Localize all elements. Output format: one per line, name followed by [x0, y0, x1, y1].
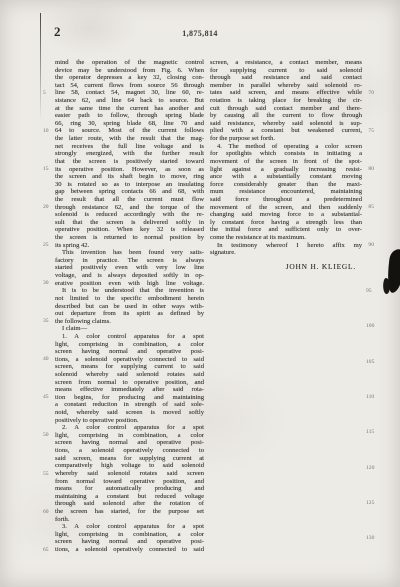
text-line: 1. A color control apparatus for a spot	[55, 333, 204, 341]
text-line: from normal toward operative position, a…	[55, 478, 204, 486]
text-line: a constant reduction in strength of said…	[55, 401, 204, 409]
text-line: solenoid whereby said solenoid rotates s…	[55, 371, 204, 379]
line-number: 15	[43, 166, 49, 172]
text-line: the operator depresses a key 32, closing…	[55, 74, 204, 82]
line-number: 90	[361, 242, 374, 248]
text-line: It is to be understood that the inventio…	[55, 287, 204, 295]
text-line: the latter route, with the result that t…	[55, 135, 204, 143]
text-line: said screen, means for supplying current…	[55, 455, 204, 463]
text-line: tates said screen, and means effective w…	[210, 89, 362, 97]
text-line: the following claims.35	[55, 318, 204, 326]
text-line: movement of the screen in front of the s…	[210, 158, 362, 166]
text-line: signature.	[210, 249, 362, 257]
line-number: 105	[366, 359, 374, 365]
right-column: screen, a resistance, a contact member, …	[210, 59, 362, 270]
text-line: for the purpose set forth.	[210, 135, 362, 143]
line-number: 110	[366, 394, 374, 400]
text-line: ance with a substantially constant movin…	[210, 173, 362, 181]
text-line: factory in practice. The screen is alway…	[55, 257, 204, 265]
ink-blot	[385, 248, 400, 294]
patent-number: 1,875,814	[0, 29, 400, 38]
text-line: plied with a constant but weakened curre…	[210, 127, 362, 135]
line-number: 85	[368, 204, 374, 210]
text-line: the initial force and sufficient only to…	[210, 226, 362, 234]
text-line: through said resistance and said contact	[210, 74, 362, 82]
line-number: 120	[366, 465, 374, 471]
line-number: 40	[43, 356, 49, 362]
text-line: not limited to the specific embodiment h…	[55, 295, 204, 303]
text-line: light against a gradually increasing res…	[210, 166, 362, 174]
text-line: operative position. When key 32 is relea…	[55, 226, 204, 234]
text-line: the screen and its shaft begin to move, …	[55, 173, 204, 181]
text-line: screen, a resistance, a contact member, …	[210, 59, 362, 67]
text-line: 30 is rotated so as to interpose an insu…	[55, 181, 204, 189]
line-number: 95	[366, 288, 372, 294]
line-number: 60	[43, 509, 49, 515]
text-line: for supplying current to said solenoid	[210, 67, 362, 75]
page-edge-line	[40, 13, 41, 121]
patent-page: 2 1,875,814 mind the operation of the ma…	[0, 0, 400, 587]
text-line: mind the operation of the magnetic contr…	[55, 59, 204, 67]
text-line: rotation is taking place for breaking th…	[210, 97, 362, 105]
text-line: through said solenoid after the rotation…	[55, 500, 204, 508]
text-line: that the screen is positively started to…	[55, 158, 204, 166]
text-line: screen having normal and operative posi-	[55, 439, 204, 447]
line-number: 20	[43, 204, 49, 210]
line-number: 45	[43, 394, 49, 400]
line-number: 70	[368, 90, 374, 96]
text-line: the result that all the current must flo…	[55, 196, 204, 204]
text-line: strongly energized, with the further res…	[55, 150, 204, 158]
text-line: by causing all the current to flow throu…	[210, 112, 362, 120]
text-line: mum resistance encountered, maintaining	[210, 188, 362, 196]
line-number: 75	[368, 128, 374, 134]
text-line: screen having normal and operative posi-	[55, 538, 204, 546]
line-number: 30	[43, 280, 49, 286]
text-line: erative position even with high line vol…	[55, 280, 204, 288]
text-line: means effective immediately after said r…	[55, 386, 204, 394]
line-number: 130	[366, 535, 374, 541]
text-line: device may be understood from Fig. 6. Wh…	[55, 67, 204, 75]
signature-name: JOHN H. KLIEGL.	[210, 263, 362, 271]
text-line: comparatively high voltage to said solen…	[55, 462, 204, 470]
text-line: easier path to follow, through spring bl…	[55, 112, 204, 120]
text-line: force considerably greater than the maxi…	[210, 181, 362, 189]
text-line: line 58, contact 54, magnet 30, line 60,…	[55, 89, 204, 97]
text-line: This invention has been found very satis…	[55, 249, 204, 257]
text-line: sistance 62, and line 64 back to source.…	[55, 97, 204, 105]
text-line: light, comprising in combination, a colo…	[55, 432, 204, 440]
line-number: 25	[43, 242, 49, 248]
line-number: 125	[366, 500, 374, 506]
text-line: for spotlights which consists in initiat…	[210, 150, 362, 158]
text-line: tact 54, current flows from source 56 th…	[55, 82, 204, 90]
line-number: 80	[368, 166, 374, 172]
line-number: 115	[366, 429, 374, 435]
text-line: voltage, and is always deposited softly …	[55, 272, 204, 280]
text-line: started positively even with very low li…	[55, 264, 204, 272]
text-line: tions, a solenoid operatively connected …	[55, 447, 204, 455]
text-line: light, comprising in combination, a colo…	[55, 341, 204, 349]
text-line: 3. A color control apparatus for a spot	[55, 523, 204, 531]
line-number: 35	[43, 318, 49, 324]
line-number: 55	[43, 471, 49, 477]
text-line: tions, a solenoid operatively connected …	[55, 546, 204, 554]
text-line: gap between spring contacts 66 and 68, w…	[55, 188, 204, 196]
text-line: light, comprising in combination, a colo…	[55, 531, 204, 539]
text-line: means for automatically producing and	[55, 485, 204, 493]
text-line: said resistance, whereby said solenoid i…	[210, 120, 362, 128]
text-line: screen having normal and operative posi-	[55, 348, 204, 356]
left-column: mind the operation of the magnetic contr…	[55, 59, 204, 554]
text-line: I claim—	[55, 325, 204, 333]
text-line: In testimony whereof I hereto affix my90	[210, 242, 362, 250]
text-line: changing said moving force to a substant…	[210, 211, 362, 219]
text-line: the screen is returned to normal positio…	[55, 234, 204, 242]
text-line: its operative position. However, as soon…	[55, 166, 204, 174]
text-line: out departure from its spirit as defined…	[55, 310, 204, 318]
text-line: come the resistance at its maximum.	[210, 234, 362, 242]
line-number: 100	[366, 323, 374, 329]
line-number: 5	[43, 90, 46, 96]
text-line: 2. A color control apparatus for a spot	[55, 424, 204, 432]
text-line: noid, whereby said screen is moved softl…	[55, 409, 204, 417]
text-line: screen, means for supplying current to s…	[55, 363, 204, 371]
line-number: 65	[43, 547, 49, 553]
text-line: the screen has started, for the purpose …	[55, 508, 204, 516]
text-line: 64 to source. Most of the current follow…	[55, 127, 204, 135]
text-line: whereby said solenoid rotates said scree…	[55, 470, 204, 478]
text-line: sult that the screen is delivered softly…	[55, 219, 204, 227]
text-line: solenoid is reduced accordingly with the…	[55, 211, 204, 219]
text-line: described but can be used in other ways …	[55, 303, 204, 311]
line-number: 50	[43, 432, 49, 438]
text-line: through resistance 62, and the torque of…	[55, 204, 204, 212]
line-number: 10	[43, 128, 49, 134]
text-line: said force throughout a predetermined	[210, 196, 362, 204]
